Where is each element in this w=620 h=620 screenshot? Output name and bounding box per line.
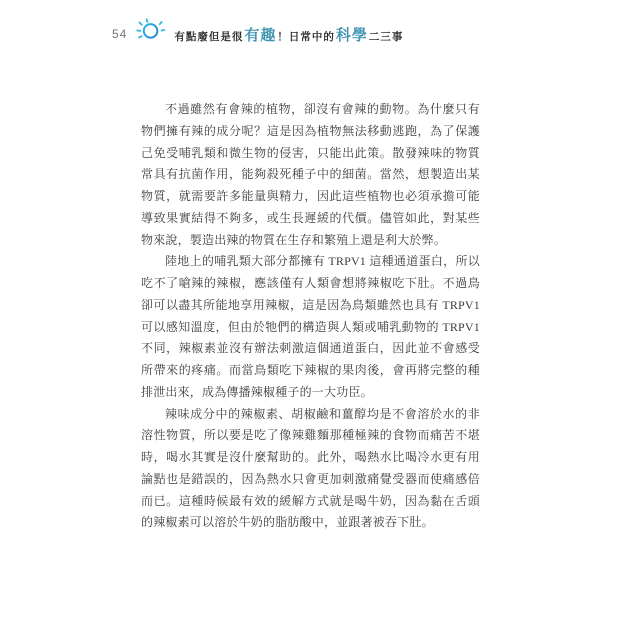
text-line: 不過雖然有會辣的植物，卻沒有會辣的動物。為什麼只有植 (141, 99, 480, 121)
text-line: 所帶來的疼痛。而當鳥類吃下辣椒的果肉後，會再將完整的種子 (141, 360, 480, 382)
text-line: 陸地上的哺乳類大部分都擁有 TRPV1 這種通道蛋白，所以 (141, 251, 480, 273)
text-line: 溶性物質，所以要是吃了像辣雞麵那種極辣的食物而痛苦不堪 (141, 425, 480, 447)
page-number: 54 (112, 27, 127, 41)
text-line: 辣味成分中的辣椒素、胡椒鹼和薑醇均是不會溶於水的非水 (141, 404, 480, 426)
text-line: 排泄出來，成為傳播辣椒種子的一大功臣。 (141, 382, 480, 404)
text-line: 物來說，製造出辣的物質在生存和繁殖上還是利大於弊。 (141, 230, 480, 252)
text-line: 可以感知溫度，但由於牠們的構造與人類或哺乳動物的 TRPV1 (141, 317, 480, 339)
page-title: 有點廢但是很有趣！日常中的科學二三事 (174, 24, 403, 45)
text-line: 吃不了嗆辣的辣椒，應該僅有人類會想將辣椒吃下肚。不過鳥類 (141, 273, 480, 295)
text-line: 物們擁有辣的成分呢？這是因為植物無法移動逃跑，為了保護自 (141, 121, 480, 143)
text-line: 時，喝水其實是沒什麼幫助的。此外，喝熱水比喝冷水更有用的 (141, 447, 480, 469)
text-line: 己免受哺乳類和微生物的侵害，只能出此策。散發辣味的物質通 (141, 143, 480, 165)
text-line: 常具有抗菌作用，能夠殺死種子中的細菌。當然，想製造出某種 (141, 164, 480, 186)
text-line: 物質，就需要許多能量與精力，因此這些植物也必須承擔可能會 (141, 186, 480, 208)
title-segment: ！日常中的 (277, 29, 335, 44)
text-line: 的辣椒素可以溶於牛奶的脂肪酸中，並跟著被吞下肚。 (141, 512, 480, 534)
body-text: 不過雖然有會辣的植物，卻沒有會辣的動物。為什麼只有植物們擁有辣的成分呢？這是因為… (141, 99, 480, 534)
text-line: 卻可以盡其所能地享用辣椒，這是因為鳥類雖然也具有 TRPV1 (141, 295, 480, 317)
book-page: 54 (0, 0, 620, 620)
title-accent-segment: 科學 (335, 24, 369, 45)
running-head: 54 (112, 18, 403, 50)
text-line: 論點也是錯誤的，因為熱水只會更加刺激痛覺受器而使痛感倍增 (141, 469, 480, 491)
text-line: 不同，辣椒素並沒有辦法刺激這個通道蛋白，因此並不會感受到 (141, 338, 480, 360)
text-line: 而已。這種時候最有效的緩解方式就是喝牛奶，因為黏在舌頭上 (141, 491, 480, 513)
title-accent-segment: 有趣 (243, 24, 277, 45)
title-segment: 二三事 (369, 29, 404, 44)
lightbulb-icon (135, 17, 167, 51)
text-line: 導致果實結得不夠多，或生長遲緩的代價。儘管如此，對某些植 (141, 208, 480, 230)
title-segment: 有點廢但是很 (174, 29, 243, 44)
